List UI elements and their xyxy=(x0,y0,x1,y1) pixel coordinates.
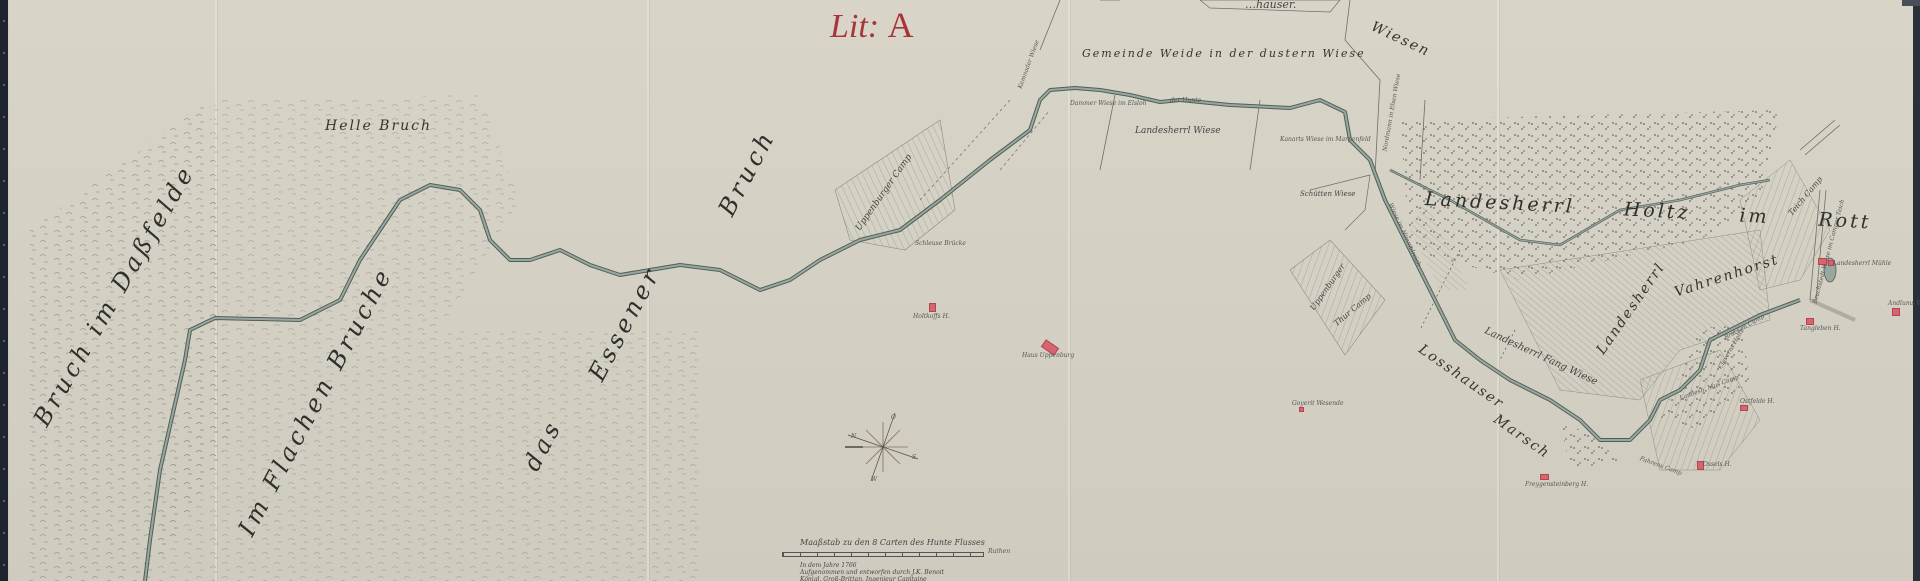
building-andlums xyxy=(1892,308,1900,316)
label-helle-bruch: Helle Bruch xyxy=(325,118,432,134)
label-goyerit-wesende: Goyerit Wesende xyxy=(1292,400,1344,407)
scale-end-label: Ruthen xyxy=(988,548,1010,555)
label-schleuse: Schleuse Brücke xyxy=(915,240,966,247)
label-andlums-wittage: Andlums Wittage xyxy=(1888,300,1920,307)
label-ostfelde: Ostfelde H. xyxy=(1740,398,1775,405)
building-ostfelde xyxy=(1740,405,1748,411)
label-schutten-wiese: Schütten Wiese xyxy=(1300,190,1355,198)
building-tangleben xyxy=(1806,318,1814,325)
map-drawing xyxy=(0,0,1920,581)
building-goyerit xyxy=(1299,407,1304,412)
building-muhle-a xyxy=(1818,258,1827,265)
label-haus-uppenburg: Haus Uppenburg xyxy=(1022,352,1074,359)
label-gemeinde-weide: Gemeinde Weide in der dustern Wiese xyxy=(1082,47,1366,60)
credit-year: In dem Jahre 1766 xyxy=(800,562,857,569)
title-prefix: Lit: xyxy=(830,8,879,45)
label-freygensteinberg: Freygensteinberg H. xyxy=(1525,481,1588,488)
label-ossels-h: Ossels H. xyxy=(1703,461,1732,468)
label-holtkoffs-h: Holtkoffs H. xyxy=(913,313,950,320)
building-holtkoffs xyxy=(929,303,936,312)
compass-east: O xyxy=(891,414,896,421)
credit-rank: Königl. Groß-Brittan. Ingenieur Capitain… xyxy=(800,576,927,581)
building-freygensteinberg xyxy=(1540,474,1549,480)
scale-bar xyxy=(782,552,984,557)
credit-surveyor: Aufgenommen und entworfen durch J.K. Ben… xyxy=(800,569,944,576)
compass-north: N xyxy=(851,433,856,440)
label-tangleben-h: Tangleben H. xyxy=(1800,325,1841,332)
label-landesherrl-muhle: Landesherrl Mühle xyxy=(1833,260,1891,267)
label-top-cut: …hauser. xyxy=(1245,0,1296,11)
compass-south: S xyxy=(912,454,916,461)
title-letter: A xyxy=(888,5,914,45)
map-title: Lit: A xyxy=(830,4,914,46)
compass-west: W xyxy=(871,476,877,483)
scale-title: Maaßstab zu den 8 Carten des Hunte Fluss… xyxy=(800,538,985,547)
label-kanarts-wiese: Kanarts Wiese im Marpenfeld xyxy=(1280,136,1371,143)
label-landesherrl-wiese: Landesherrl Wiese xyxy=(1135,126,1221,136)
label-dammer-wiese: Dammer Wiese im Elsloh xyxy=(1070,100,1146,107)
label-hunte: der Hunte xyxy=(1170,97,1201,104)
